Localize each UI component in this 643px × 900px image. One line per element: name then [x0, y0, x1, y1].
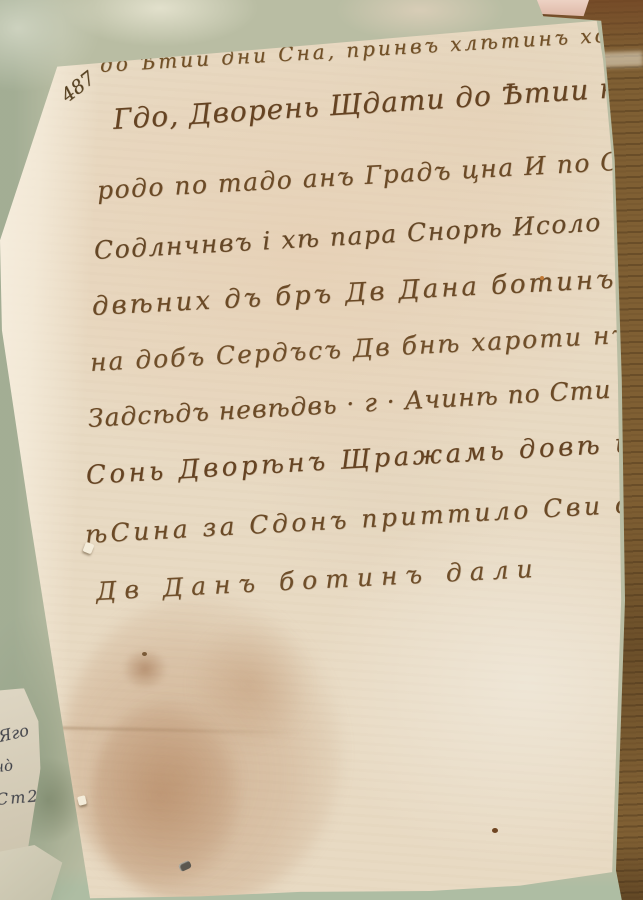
fragment-ink-mark: чо̀: [0, 756, 14, 776]
handwritten-line-10: Дв Данъ ботинъ дали: [95, 554, 541, 606]
handwritten-line-3: родо по тадо анъ Градъ цна И по Саи: [96, 145, 643, 205]
brown-speck: [142, 652, 147, 656]
paper-chip: [77, 795, 87, 806]
paper-chip: [82, 542, 94, 555]
handwritten-line-6: на добъ Сердъсъ Дв бнѣ хароти нъ: [89, 320, 630, 377]
brown-speck: [492, 828, 498, 833]
handwritten-line-7: Задсѣдъ невѣдвь · г · Ачинѣ по Сти: [87, 375, 612, 433]
handwritten-line-5: двѣних дъ бръ Дв Дана ботинъ: [91, 265, 617, 322]
manuscript-page: 487 до Ѣтии дни Сна, принвъ хлѣтинъ хозо…: [0, 0, 643, 900]
fragment-ink-mark: Ст2: [0, 786, 40, 809]
manuscript-photo: Яго чо̀ Ст2 487 до Ѣтии дни Сна, принвъ …: [0, 0, 643, 900]
handwritten-line-2: Гдо, Дворень Щдати до Ѣтии ни Дало: [112, 64, 643, 135]
handwritten-line-9: ѣСина за Сдонъ приттило Сви дтѣ: [84, 486, 643, 549]
handwritten-line-8: Сонь Дворѣнъ Щражамь довѣ шинь: [85, 424, 643, 490]
orange-speck: [540, 276, 544, 280]
handwritten-line-4: Содлнчнвъ і хѣ пара Снорѣ Исоло: [93, 208, 602, 265]
water-stain: [62, 596, 342, 900]
folio-number: 487: [57, 67, 99, 107]
fragment-ink-mark: Яго: [0, 721, 31, 746]
paper-crease: [58, 726, 313, 734]
